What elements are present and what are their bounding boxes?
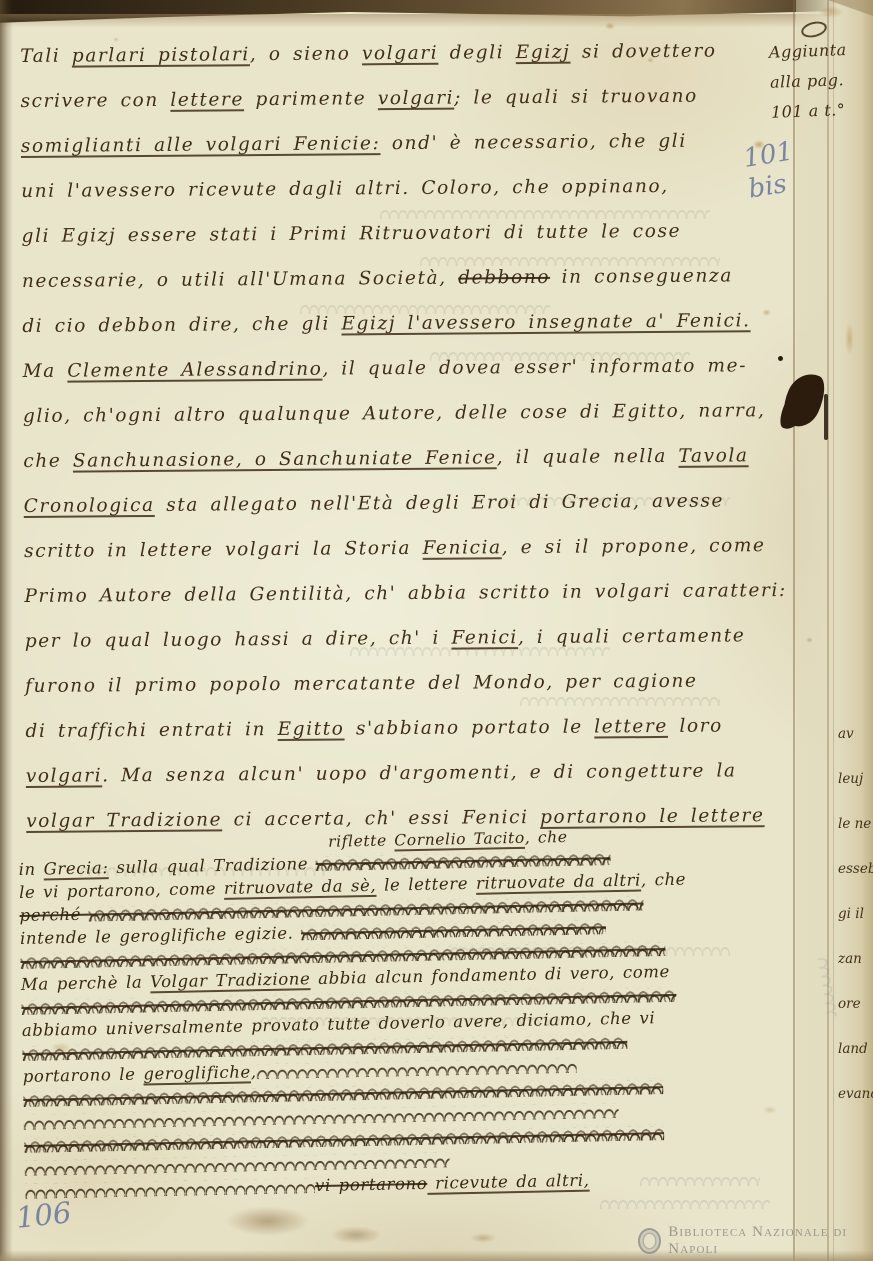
library-watermark: Biblioteca Nazionale di Napoli xyxy=(638,1224,873,1258)
underlined-segment: ritruovate da sè, xyxy=(224,876,377,898)
edge-text-fragment: av xyxy=(838,712,873,757)
underlined-segment: Clemente Alessandrino xyxy=(67,359,322,382)
text-segment: Tali xyxy=(20,46,72,67)
text-segment: . Ma senza alcun' uopo d'argomenti, e di… xyxy=(102,760,737,786)
manuscript-line: Primo Autore della Gentilità, ch' abbia … xyxy=(24,568,792,619)
text-segment: , il quale dovea esser' informato me- xyxy=(322,355,747,379)
manuscript-line: glio, ch'ogni altro qualunque Autore, de… xyxy=(23,388,791,439)
underlined-segment: Volgar Tradizione xyxy=(150,969,311,991)
blue-folio-number: 101 bis xyxy=(741,136,800,205)
text-segment: Primo Autore della Gentilità, ch' abbia … xyxy=(24,580,787,607)
text-segment: in xyxy=(18,859,43,878)
underlined-segment: Cronologica xyxy=(24,495,155,517)
text-segment: loro xyxy=(668,716,723,737)
underlined-segment: volgari xyxy=(26,765,103,787)
edge-text-fragments: av leuj le ne esseb gi il zan ore land e… xyxy=(838,712,873,1117)
text-segment: , e si il propone, come xyxy=(502,535,766,558)
text-segment: necessarie, o utili all'Umana Società, xyxy=(22,268,458,292)
manuscript-line: furono il primo popolo mercatante del Mo… xyxy=(25,658,793,709)
text-segment: portarono le xyxy=(23,1065,144,1086)
addition-note: Aggiunta alla pag. 101 a t.° xyxy=(768,34,871,127)
text-segment: Ma perchè la xyxy=(21,972,151,994)
text-segment: di traffichi entrati in xyxy=(25,719,277,742)
underlined-segment: parlari pistolari xyxy=(72,44,250,66)
edge-text-fragment: gi il xyxy=(838,892,873,937)
page-fold-line xyxy=(827,0,829,1261)
underlined-segment: Fenici xyxy=(451,627,518,649)
manuscript-body-text: Tali parlari pistolari, o sieno volgari … xyxy=(20,28,794,844)
edge-text-fragment: ore xyxy=(838,982,873,1027)
manuscript-line: uni l'avessero ricevute dagli altri. Col… xyxy=(21,163,789,214)
underlined-segment: Egizj l'avessero insegnate a' Fenici. xyxy=(341,310,750,334)
text-segment: , che xyxy=(525,828,568,847)
text-segment: le vi portarono, come xyxy=(19,879,224,902)
edge-text-fragment: zan xyxy=(838,937,873,982)
watermark-label: Biblioteca Nazionale di Napoli xyxy=(668,1224,873,1258)
struck-segment: vi portarono xyxy=(315,1174,428,1195)
edge-text-fragment: evano xyxy=(838,1072,873,1117)
addition-note-line: 101 a t.° xyxy=(771,94,872,127)
underlined-segment: volgari xyxy=(362,43,439,65)
text-segment: in conseguenza xyxy=(550,265,733,287)
text-segment: scritto in lettere volgari la Storia xyxy=(24,538,423,562)
text-segment: Ma xyxy=(23,361,68,382)
underlined-segment: lettere xyxy=(170,89,244,111)
edge-text-fragment: esseb xyxy=(838,847,873,892)
text-segment: gli Egizj essere stati i Primi Ritruovat… xyxy=(22,221,682,247)
text-segment: per lo qual luogo hassi a dire, ch' i xyxy=(25,628,452,652)
stain xyxy=(330,1226,382,1244)
struck-segment: debbono xyxy=(458,267,550,289)
text-segment: ond' è necessario, che gli xyxy=(380,131,687,154)
text-segment: parimente xyxy=(244,88,378,110)
manuscript-line: Ma Clemente Alessandrino, il quale dovea… xyxy=(22,343,790,394)
underlined-segment: lettere xyxy=(594,716,668,738)
text-segment: di cio debbon dire, che gli xyxy=(22,313,341,337)
underlined-segment: Fenicia xyxy=(423,537,502,559)
manuscript-line: necessarie, o utili all'Umana Società, d… xyxy=(22,253,790,304)
scribble-strikeout xyxy=(316,849,611,871)
binding-left-edge xyxy=(0,0,13,1261)
manuscript-line: volgari. Ma senza alcun' uopo d'argoment… xyxy=(26,748,794,799)
text-segment: glio, ch'ogni altro qualunque Autore, de… xyxy=(23,400,766,427)
text-segment: sta allegato nell'Età degli Eroi di Grec… xyxy=(155,490,725,515)
text-segment: , i quali certamente xyxy=(518,625,746,648)
underlined-segment: Egitto xyxy=(278,718,345,740)
underlined-segment: volgar Tradizione xyxy=(26,809,222,832)
text-segment: ci accerta, ch' essi Fenici xyxy=(222,807,540,830)
edge-text-fragment: leuj xyxy=(838,757,873,802)
text-segment: scrivere con xyxy=(20,90,170,112)
underlined-segment: geroglifiche xyxy=(143,1062,251,1083)
manuscript-line: gli Egizj essere stati i Primi Ritruovat… xyxy=(21,208,789,259)
text-segment: furono il primo popolo mercatante del Mo… xyxy=(25,671,698,697)
manuscript-corrected-section: riflette Cornelio Tacito, che in Grecia:… xyxy=(18,822,807,1203)
text-segment: che xyxy=(23,451,73,472)
watermark-logo-icon xyxy=(638,1228,661,1254)
corner-fold xyxy=(828,0,873,16)
addition-note-line: alla pag. xyxy=(770,64,871,97)
stain xyxy=(470,1233,496,1243)
book-top-edge-shadow xyxy=(0,14,873,28)
manuscript-line: scrivere con lettere parimente volgari; … xyxy=(20,73,788,124)
text-segment: , o sieno xyxy=(250,43,362,65)
page-number-blue: 106 xyxy=(14,1195,73,1235)
text-segment: degli xyxy=(438,42,516,64)
underlined-segment: Grecia: xyxy=(43,858,108,878)
manuscript-line: di cio debbon dire, che gli Egizj l'aves… xyxy=(22,298,790,349)
stain xyxy=(225,1206,310,1236)
manuscript-line: per lo qual luogo hassi a dire, ch' i Fe… xyxy=(25,613,793,664)
text-segment: uni l'avessero ricevute dagli altri. Col… xyxy=(21,176,669,202)
ghost-pencil-marks xyxy=(600,1195,770,1209)
edge-text-fragment: le ne xyxy=(838,802,873,847)
manuscript-line: che Sanchunasione, o Sanchuniate Fenice,… xyxy=(23,433,791,484)
text-segment: sulla qual Tradizione xyxy=(108,854,316,877)
page-fold-line xyxy=(833,0,834,1261)
text-segment: s'abbiano portato le xyxy=(344,717,594,740)
text-segment: , che xyxy=(641,870,686,890)
ink-blot-smear xyxy=(824,394,828,440)
underlined-segment: ritruovate da altri xyxy=(476,871,641,893)
underlined-segment: Cornelio Tacito xyxy=(394,829,525,850)
text-segment: riflette xyxy=(328,831,395,850)
underlined-segment: volgari xyxy=(378,88,455,110)
manuscript-page-scan: Tali parlari pistolari, o sieno volgari … xyxy=(0,0,873,1261)
addition-note-line: Aggiunta xyxy=(768,34,869,67)
text-segment: le lettere xyxy=(376,874,476,895)
underlined-segment: Sanchunasione, o Sanchuniate Fenice xyxy=(73,447,497,471)
underlined-segment: somiglianti alle volgari Fenicie: xyxy=(21,133,381,157)
underlined-segment: Tavola xyxy=(678,445,748,467)
manuscript-line: di traffichi entrati in Egitto s'abbiano… xyxy=(25,703,793,754)
edge-text-fragment: land xyxy=(838,1027,873,1072)
struck-segment: perché xyxy=(19,905,89,925)
manuscript-line: Tali parlari pistolari, o sieno volgari … xyxy=(20,28,788,79)
text-segment: si dovettero xyxy=(570,41,716,63)
text-segment: , il quale nella xyxy=(497,446,679,468)
underlined-segment: Egizj xyxy=(516,42,571,63)
text-segment: ; le quali si truovano xyxy=(454,86,698,109)
manuscript-line: Cronologica sta allegato nell'Età degli … xyxy=(24,478,792,529)
scribble-loops xyxy=(256,1057,576,1079)
underlined-segment: ricevute da altri, xyxy=(427,1171,590,1193)
manuscript-line: somiglianti alle volgari Fenicie: ond' è… xyxy=(21,118,789,169)
manuscript-line: scritto in lettere volgari la Storia Fen… xyxy=(24,523,792,574)
scribble-strikeout xyxy=(301,918,606,940)
